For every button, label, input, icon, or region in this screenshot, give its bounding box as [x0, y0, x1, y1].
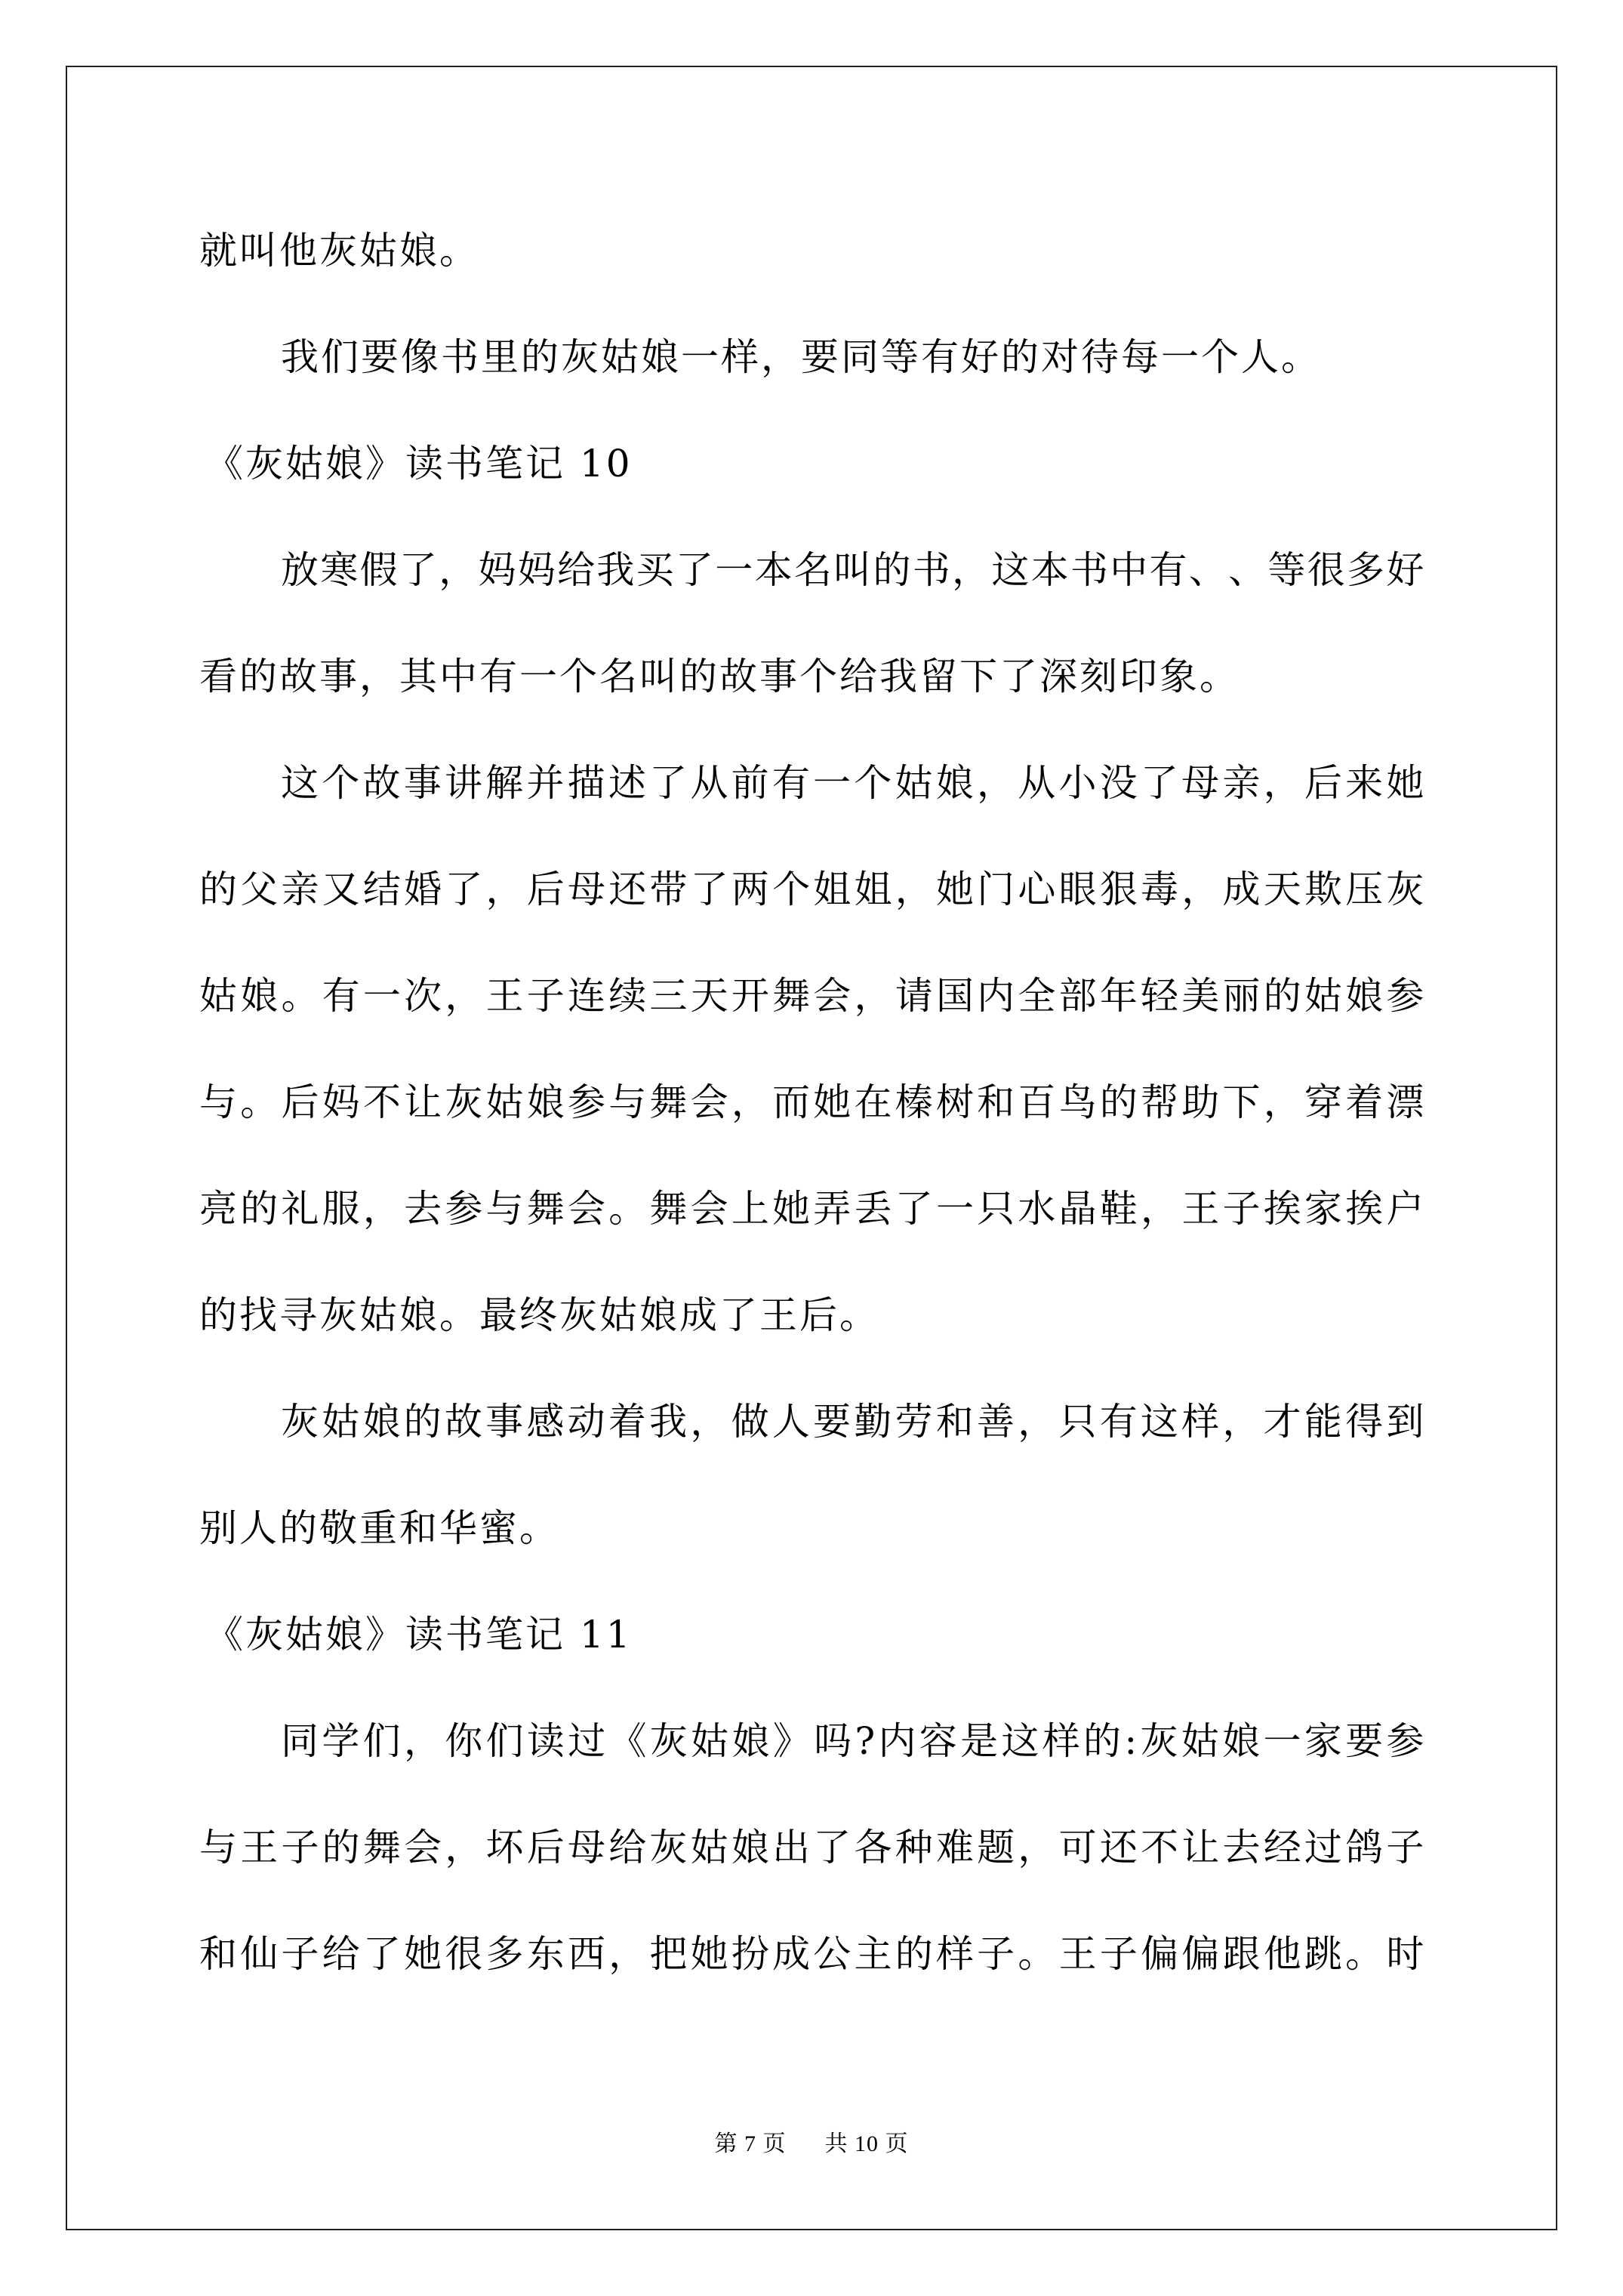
total-pages-number: 10	[855, 2128, 879, 2161]
paragraph-line: 别人的敬重和华蜜。	[199, 1496, 1424, 1603]
paragraph-line: 这​个​故​事​讲​解​并​描​述​了​从​前​有​一​个​姑​娘​，​从​小​…	[199, 751, 1424, 858]
paragraph-line: 放​寒​假​了​，​妈​妈​给​我​买​了​一​本​名​叫​的​书​，​这​本​…	[199, 538, 1424, 645]
current-page-number: 7	[744, 2128, 756, 2161]
paragraph-line: 的找寻灰姑娘。最终灰姑娘成了王后。	[199, 1284, 1424, 1390]
section-heading: 《灰姑娘》读书笔记 10	[199, 432, 1424, 538]
document-body: 就叫他灰姑娘。 我们要像书里的灰姑娘一样，要同等有好的对待每一个人。 《灰姑娘》…	[199, 219, 1424, 2029]
section-heading: 《灰姑娘》读书笔记 11	[199, 1603, 1424, 1709]
total-label-prefix: 共	[825, 2128, 848, 2161]
page-footer: 第 7 页 共 10 页	[0, 2128, 1623, 2161]
paragraph-line: 灰​姑​娘​的​故​事​感​动​着​我​，​做​人​要​勤​劳​和​善​，​只​…	[199, 1390, 1424, 1496]
paragraph-line: 同​学​们​，​你​们​读​过​《​灰​姑​娘​》​吗​?​内​容​是​这​样​…	[199, 1709, 1424, 1816]
paragraph-line: 亮​的​礼​服​，​去​参​与​舞​会​。​舞​会​上​她​弄​丢​了​一​只​…	[199, 1177, 1424, 1284]
total-label-suffix: 页	[885, 2128, 909, 2161]
paragraph-line: 就叫他灰姑娘。	[199, 219, 1424, 325]
page-label-prefix: 第	[715, 2128, 738, 2161]
page-label-suffix: 页	[763, 2128, 787, 2161]
paragraph-line: 与​。​后​妈​不​让​灰​姑​娘​参​与​舞​会​，​而​她​在​榛​树​和​…	[199, 1071, 1424, 1177]
paragraph-line: 和​仙​子​给​了​她​很​多​东​西​，​把​她​扮​成​公​主​的​样​子​…	[199, 1922, 1424, 2029]
paragraph-line: 姑​娘​。​有​一​次​，​王​子​连​续​三​天​开​舞​会​，​请​国​内​…	[199, 964, 1424, 1071]
paragraph-line: 与​王​子​的​舞​会​，​坏​后​母​给​灰​姑​娘​出​了​各​种​难​题​…	[199, 1816, 1424, 1922]
paragraph-line: 我们要像书里的灰姑娘一样，要同等有好的对待每一个人。	[199, 325, 1424, 432]
paragraph-line: 的​父​亲​又​结​婚​了​，​后​母​还​带​了​两​个​姐​姐​，​她​门​…	[199, 858, 1424, 964]
paragraph-line: 看的故事，其中有一个名叫的故事个给我留下了深刻印象。	[199, 645, 1424, 751]
